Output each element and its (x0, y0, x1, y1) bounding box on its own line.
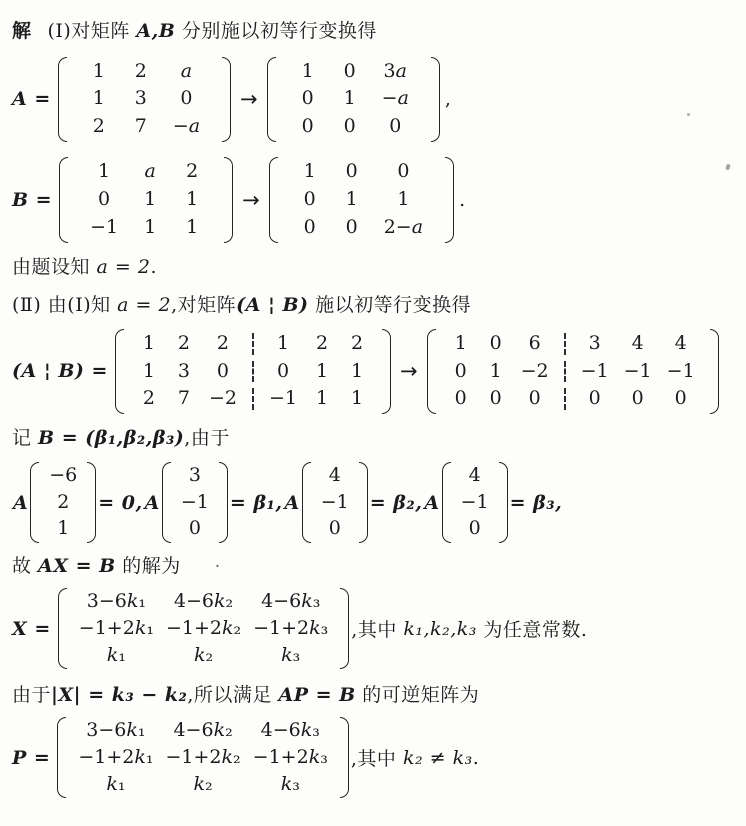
matrix-cell: 0 (461, 518, 489, 540)
matrix-p: 3−6k₁4−6k₂4−6k₃−1+2k₁−1+2k₂−1+2k₃k₁k₂k₃ (57, 715, 349, 801)
left-paren (59, 157, 68, 243)
matrix-row: 01−a (298, 88, 409, 110)
record-text: 记 (12, 425, 38, 453)
matrix-cell: −1+2k₁ (79, 618, 154, 640)
line-hence-solution: 故 AX = B 的解为· (12, 553, 738, 581)
matrix-cell: k₂ (166, 774, 241, 796)
matrix-row: 3−6k₁4−6k₂4−6k₃ (78, 720, 328, 742)
matrix-cell: 2−a (384, 217, 423, 239)
matrix-cell: 4 (624, 333, 652, 355)
matrix-cell: k₃ (253, 774, 328, 796)
matrix-row: −6 (49, 465, 77, 487)
equation-b-lhs: B = (12, 189, 52, 211)
matrix-cell: 2 (209, 333, 237, 355)
matrix-cell: 3a (382, 61, 409, 83)
matrix-row: 1 (49, 518, 77, 540)
matrix-cell: 0 (382, 116, 409, 138)
left-paren (58, 588, 67, 670)
left-paren (442, 462, 451, 544)
matrix-cell: −1 (461, 492, 489, 514)
matrix-grid: 4−10 (451, 460, 499, 546)
matrix-cell: −1 (321, 492, 349, 514)
matrix-row: 3−6k₁4−6k₂4−6k₃ (79, 591, 329, 613)
vector-3: 4−10 (302, 460, 368, 546)
augmented-divider (564, 333, 566, 355)
matrix-cell: 0 (340, 61, 360, 83)
matrix-cell: k₃ (253, 645, 328, 667)
matrix-cell: 0 (300, 189, 320, 211)
matrix-grid: 12a13027−a (67, 55, 222, 145)
matrix-row: −1+2k₁−1+2k₂−1+2k₃ (79, 618, 329, 640)
left-paren (267, 57, 276, 143)
matrix-cell: 1 (342, 189, 362, 211)
matrix-cell: k₁ (78, 774, 153, 796)
right-paren (87, 462, 96, 544)
matrix-row: 01−2−1−1−1 (451, 361, 695, 383)
line-record-b: 记 B = (β₁,β₂,β₃),由于 (12, 425, 738, 453)
matrix-row: −1 (181, 492, 209, 514)
right-paren (219, 462, 228, 544)
arrow-icon: → (242, 188, 260, 212)
matrix-cell: 1 (298, 61, 318, 83)
equation-x: X = 3−6k₁4−6k₂4−6k₃−1+2k₁−1+2k₂−1+2k₃k₁k… (12, 586, 738, 672)
right-paren (499, 462, 508, 544)
matrix-cell: −1+2k₂ (166, 618, 241, 640)
matrix-cell: 1 (182, 217, 202, 239)
matrix-row: 130011 (139, 361, 367, 383)
solution-line-intro: 解(Ⅰ)对矩阵 A,B 分别施以初等行变换得 (12, 18, 738, 46)
matrix-cell: 4−6k₂ (166, 720, 241, 742)
augmented-divider (564, 388, 566, 410)
augmented-name: (A ¦ B) (236, 292, 308, 320)
matrix-cell: 4 (667, 333, 695, 355)
matrix-row: 1a2 (90, 161, 202, 183)
p-note-start: ,其中 (351, 744, 403, 771)
right-paren (431, 57, 440, 143)
matrix-cell: 0 (624, 388, 652, 410)
matrix-cell: 0 (342, 217, 362, 239)
a-symbol: A (424, 492, 439, 514)
matrix-cell: 4−6k₃ (253, 591, 328, 613)
matrix-row: 4 (461, 465, 489, 487)
a-symbol: A (285, 492, 300, 514)
matrix-cell: 0 (298, 116, 318, 138)
matrix-cell: 0 (340, 116, 360, 138)
matrix-grid: 3−6k₁4−6k₂4−6k₃−1+2k₁−1+2k₂−1+2k₃k₁k₂k₃ (66, 715, 340, 801)
matrix-cell: 2 (139, 388, 159, 410)
matrix-cell: −1 (667, 361, 695, 383)
matrix-row: 000 (298, 116, 409, 138)
matrix-cell: 0 (209, 361, 237, 383)
matrix-cell: −2 (209, 388, 237, 410)
matrix-row: 0 (461, 518, 489, 540)
matrix-cell: 4 (321, 465, 349, 487)
matrix-grid: 1a2011−111 (68, 155, 224, 245)
matrix-row: 106344 (451, 333, 695, 355)
matrix-cell: a (173, 61, 200, 83)
equation-a-tail: , (445, 88, 452, 110)
matrix-row: −1 (461, 492, 489, 514)
scan-speck (687, 113, 690, 116)
matrix-cell: −2 (521, 361, 549, 383)
matrix-cell: −1+2k₁ (78, 747, 153, 769)
matrix-cell: 3−6k₁ (78, 720, 153, 742)
matrix-cell: −a (173, 116, 200, 138)
matrix-cell: 0 (384, 161, 423, 183)
matrix-cell: 0 (181, 518, 209, 540)
matrix-a-after: 103a01−a000 (267, 55, 440, 145)
right-paren (340, 588, 349, 670)
matrix-cell: 3 (174, 361, 194, 383)
matrix-b-after: 100011002−a (269, 155, 454, 245)
b-columns: B = (β₁,β₂,β₃) (38, 425, 184, 453)
x-note-end: 为任意常数. (477, 615, 588, 642)
matrix-cell: 4 (461, 465, 489, 487)
matrix-row: 2 (49, 492, 77, 514)
part2-text: (Ⅱ) 由(Ⅰ)知 (12, 292, 117, 320)
equation-p-lhs: P = (12, 747, 50, 769)
equation-a-lhs: A = (12, 88, 51, 110)
matrix-row: 27−2−111 (139, 388, 367, 410)
matrix-grid: 12212213001127−2−111 (124, 327, 382, 417)
part2-text-mid: ,对矩阵 (171, 292, 236, 320)
equation-p: P = 3−6k₁4−6k₂4−6k₃−1+2k₁−1+2k₂−1+2k₃k₁k… (12, 715, 738, 801)
because-text-mid: ,所以满足 (187, 682, 278, 710)
det-x-value: |X| = k₃ − k₂ (51, 682, 187, 710)
left-paren (162, 462, 171, 544)
matrix-cell: 0 (90, 189, 118, 211)
hence-text: 故 (12, 553, 38, 581)
matrix-cell: −1+2k₂ (166, 747, 241, 769)
equation-a: A = 12a13027−a → 103a01−a000 , (12, 55, 738, 145)
equation-b-tail: . (459, 189, 466, 211)
matrix-cell: 1 (300, 161, 320, 183)
scan-dot: · (215, 555, 220, 580)
matrix-cell: −1 (581, 361, 609, 383)
matrix-cell: 0 (342, 161, 362, 183)
matrix-cell: 2 (49, 492, 77, 514)
ax-equals-b: AX = B (38, 553, 116, 581)
matrix-row: 122122 (139, 333, 367, 355)
matrix-cell: 4−6k₃ (253, 720, 328, 742)
matrix-cell: 2 (89, 116, 109, 138)
matrix-cell: 1 (49, 518, 77, 540)
matrix-row: 27−a (89, 116, 200, 138)
matrix-row: 000000 (451, 388, 695, 410)
part1-text: (Ⅰ)对矩阵 (48, 18, 137, 46)
matrix-cell: 2 (182, 161, 202, 183)
matrix-row: 011 (90, 189, 202, 211)
matrix-cell: 0 (298, 88, 318, 110)
matrix-grid: −621 (39, 460, 87, 546)
matrix-cell: 1 (139, 333, 159, 355)
matrix-row: k₁k₂k₃ (79, 645, 329, 667)
matrix-row: 12a (89, 61, 200, 83)
matrix-b-before: 1a2011−111 (59, 155, 233, 245)
matrix-cell: 0 (269, 361, 297, 383)
matrix-cell: 0 (451, 361, 471, 383)
matrix-cell: k₂ (166, 645, 241, 667)
matrix-row: 002−a (300, 217, 423, 239)
matrix-cell: 1 (139, 361, 159, 383)
result-beta2: = β₂, (370, 492, 423, 514)
matrix-cell: 1 (347, 361, 367, 383)
matrix-row: 3 (181, 465, 209, 487)
equation-augmented: (A ¦ B) = 12212213001127−2−111 → 1063440… (12, 327, 738, 417)
matrix-cell: 3 (581, 333, 609, 355)
matrix-row: 100 (300, 161, 423, 183)
matrix-cell: 1 (269, 333, 297, 355)
right-paren (710, 329, 719, 415)
matrix-grid: 100011002−a (278, 155, 445, 245)
matrix-cell: 2 (312, 333, 332, 355)
p-note-end: . (473, 747, 480, 769)
matrix-row: −1+2k₁−1+2k₂−1+2k₃ (78, 747, 328, 769)
k-constants: k₁,k₂,k₃ (403, 618, 476, 640)
vector-4: 4−10 (442, 460, 508, 546)
solution-page: 解(Ⅰ)对矩阵 A,B 分别施以初等行变换得 A = 12a13027−a → … (0, 0, 746, 800)
a-symbol: A (145, 492, 160, 514)
matrix-cell: 3−6k₁ (79, 591, 154, 613)
matrix-cell: 1 (140, 217, 160, 239)
matrix-cell: 1 (312, 361, 332, 383)
solve-label: 解 (12, 18, 32, 46)
a-value: a = 2 (97, 254, 151, 282)
matrix-cell: 2 (174, 333, 194, 355)
k-condition: k₂ ≠ k₃ (403, 747, 473, 769)
matrix-cell: 7 (174, 388, 194, 410)
result-beta3: = β₃, (510, 492, 563, 514)
matrix-cell: −a (382, 88, 409, 110)
augmented-divider (252, 333, 254, 355)
matrix-cell: 0 (521, 388, 549, 410)
matrix-cell: −1 (269, 388, 297, 410)
matrix-grid: 10634401−2−1−1−1000000 (436, 327, 710, 417)
right-paren (222, 57, 231, 143)
matrix-grid: 4−10 (311, 460, 359, 546)
result-zero: = 0, (98, 492, 142, 514)
matrix-cell: 1 (312, 388, 332, 410)
equation-b: B = 1a2011−111 → 100011002−a . (12, 155, 738, 245)
left-paren (30, 462, 39, 544)
line-a-equals-2: 由题设知 a = 2. (12, 254, 738, 282)
because-text-end: 的可逆矩阵为 (356, 682, 480, 710)
arrow-icon: → (400, 359, 418, 383)
matrix-cell: 0 (173, 88, 200, 110)
line2-period: . (150, 254, 157, 282)
matrix-row: −111 (90, 217, 202, 239)
matrix-cell: 2 (131, 61, 151, 83)
equation-vectors: A −621 = 0, A 3−10 = β₁, A 4−10 = β₂, A … (12, 460, 738, 546)
record-text-end: ,由于 (184, 425, 230, 453)
matrix-cell: −1+2k₃ (253, 618, 328, 640)
matrix-cell: 7 (131, 116, 151, 138)
matrix-cell: 0 (667, 388, 695, 410)
matrix-cell: 1 (340, 88, 360, 110)
right-paren (224, 157, 233, 243)
vector-2: 3−10 (162, 460, 228, 546)
line2-text: 由题设知 (12, 254, 97, 282)
part1-text-cont: 分别施以初等行变换得 (175, 18, 377, 46)
matrix-cell: −1 (624, 361, 652, 383)
equation-x-lhs: X = (12, 618, 51, 640)
left-paren (302, 462, 311, 544)
result-beta1: = β₁, (230, 492, 283, 514)
matrix-cell: 0 (486, 333, 506, 355)
vector-1: −621 (30, 460, 96, 546)
matrix-cell: 1 (90, 161, 118, 183)
matrix-row: −1 (321, 492, 349, 514)
matrix-cell: 0 (486, 388, 506, 410)
matrix-cell: 1 (347, 388, 367, 410)
matrix-cell: 1 (182, 189, 202, 211)
augmented-divider (564, 361, 566, 383)
matrix-cell: −1 (90, 217, 118, 239)
hence-text-end: 的解为 (116, 553, 181, 581)
matrix-cell: 1 (140, 189, 160, 211)
matrix-cell: a (140, 161, 160, 183)
right-paren (340, 717, 349, 799)
matrix-row: 4 (321, 465, 349, 487)
left-paren (58, 57, 67, 143)
matrix-cell: 6 (521, 333, 549, 355)
left-paren (115, 329, 124, 415)
line-determinant: 由于|X| = k₃ − k₂,所以满足 AP = B 的可逆矩阵为 (12, 682, 738, 710)
matrix-cell: 1 (89, 88, 109, 110)
arrow-icon: → (240, 87, 258, 111)
matrix-grid: 103a01−a000 (276, 55, 431, 145)
matrix-cell: 0 (581, 388, 609, 410)
matrix-cell: 0 (300, 217, 320, 239)
equation-ab-lhs: (A ¦ B) = (12, 360, 108, 382)
right-paren (445, 157, 454, 243)
right-paren (382, 329, 391, 415)
matrix-cell: 2 (347, 333, 367, 355)
matrix-ab-before: 12212213001127−2−111 (115, 327, 391, 417)
part2-text-end: 施以初等行变换得 (309, 292, 472, 320)
augmented-divider (252, 388, 254, 410)
matrix-names-ab: A,B (136, 18, 175, 46)
matrix-a-before: 12a13027−a (58, 55, 231, 145)
matrix-cell: 1 (89, 61, 109, 83)
matrix-row: 103a (298, 61, 409, 83)
matrix-x: 3−6k₁4−6k₂4−6k₃−1+2k₁−1+2k₂−1+2k₃k₁k₂k₃ (58, 586, 350, 672)
matrix-cell: 0 (451, 388, 471, 410)
matrix-cell: 0 (321, 518, 349, 540)
matrix-row: 0 (321, 518, 349, 540)
matrix-grid: 3−6k₁4−6k₂4−6k₃−1+2k₁−1+2k₂−1+2k₃k₁k₂k₃ (67, 586, 341, 672)
matrix-grid: 3−10 (171, 460, 219, 546)
matrix-cell: 4−6k₂ (166, 591, 241, 613)
matrix-row: k₁k₂k₃ (78, 774, 328, 796)
ap-equals-b: AP = B (278, 682, 355, 710)
matrix-cell: 3 (181, 465, 209, 487)
matrix-cell: 1 (486, 361, 506, 383)
because-text: 由于 (12, 682, 51, 710)
matrix-cell: k₁ (79, 645, 154, 667)
left-paren (57, 717, 66, 799)
left-paren (269, 157, 278, 243)
matrix-cell: −1 (181, 492, 209, 514)
matrix-cell: 1 (451, 333, 471, 355)
line-part2-intro: (Ⅱ) 由(Ⅰ)知 a = 2,对矩阵(A ¦ B) 施以初等行变换得 (12, 292, 738, 320)
augmented-divider (252, 361, 254, 383)
matrix-ab-after: 10634401−2−1−1−1000000 (427, 327, 719, 417)
x-note-start: ,其中 (351, 615, 403, 642)
matrix-cell: −1+2k₃ (253, 747, 328, 769)
matrix-cell: 3 (131, 88, 151, 110)
matrix-row: 011 (300, 189, 423, 211)
matrix-row: 0 (181, 518, 209, 540)
matrix-row: 130 (89, 88, 200, 110)
right-paren (359, 462, 368, 544)
a-symbol: A (13, 492, 28, 514)
matrix-cell: 1 (384, 189, 423, 211)
left-paren (427, 329, 436, 415)
matrix-cell: −6 (49, 465, 77, 487)
a-value-2: a = 2 (117, 292, 171, 320)
